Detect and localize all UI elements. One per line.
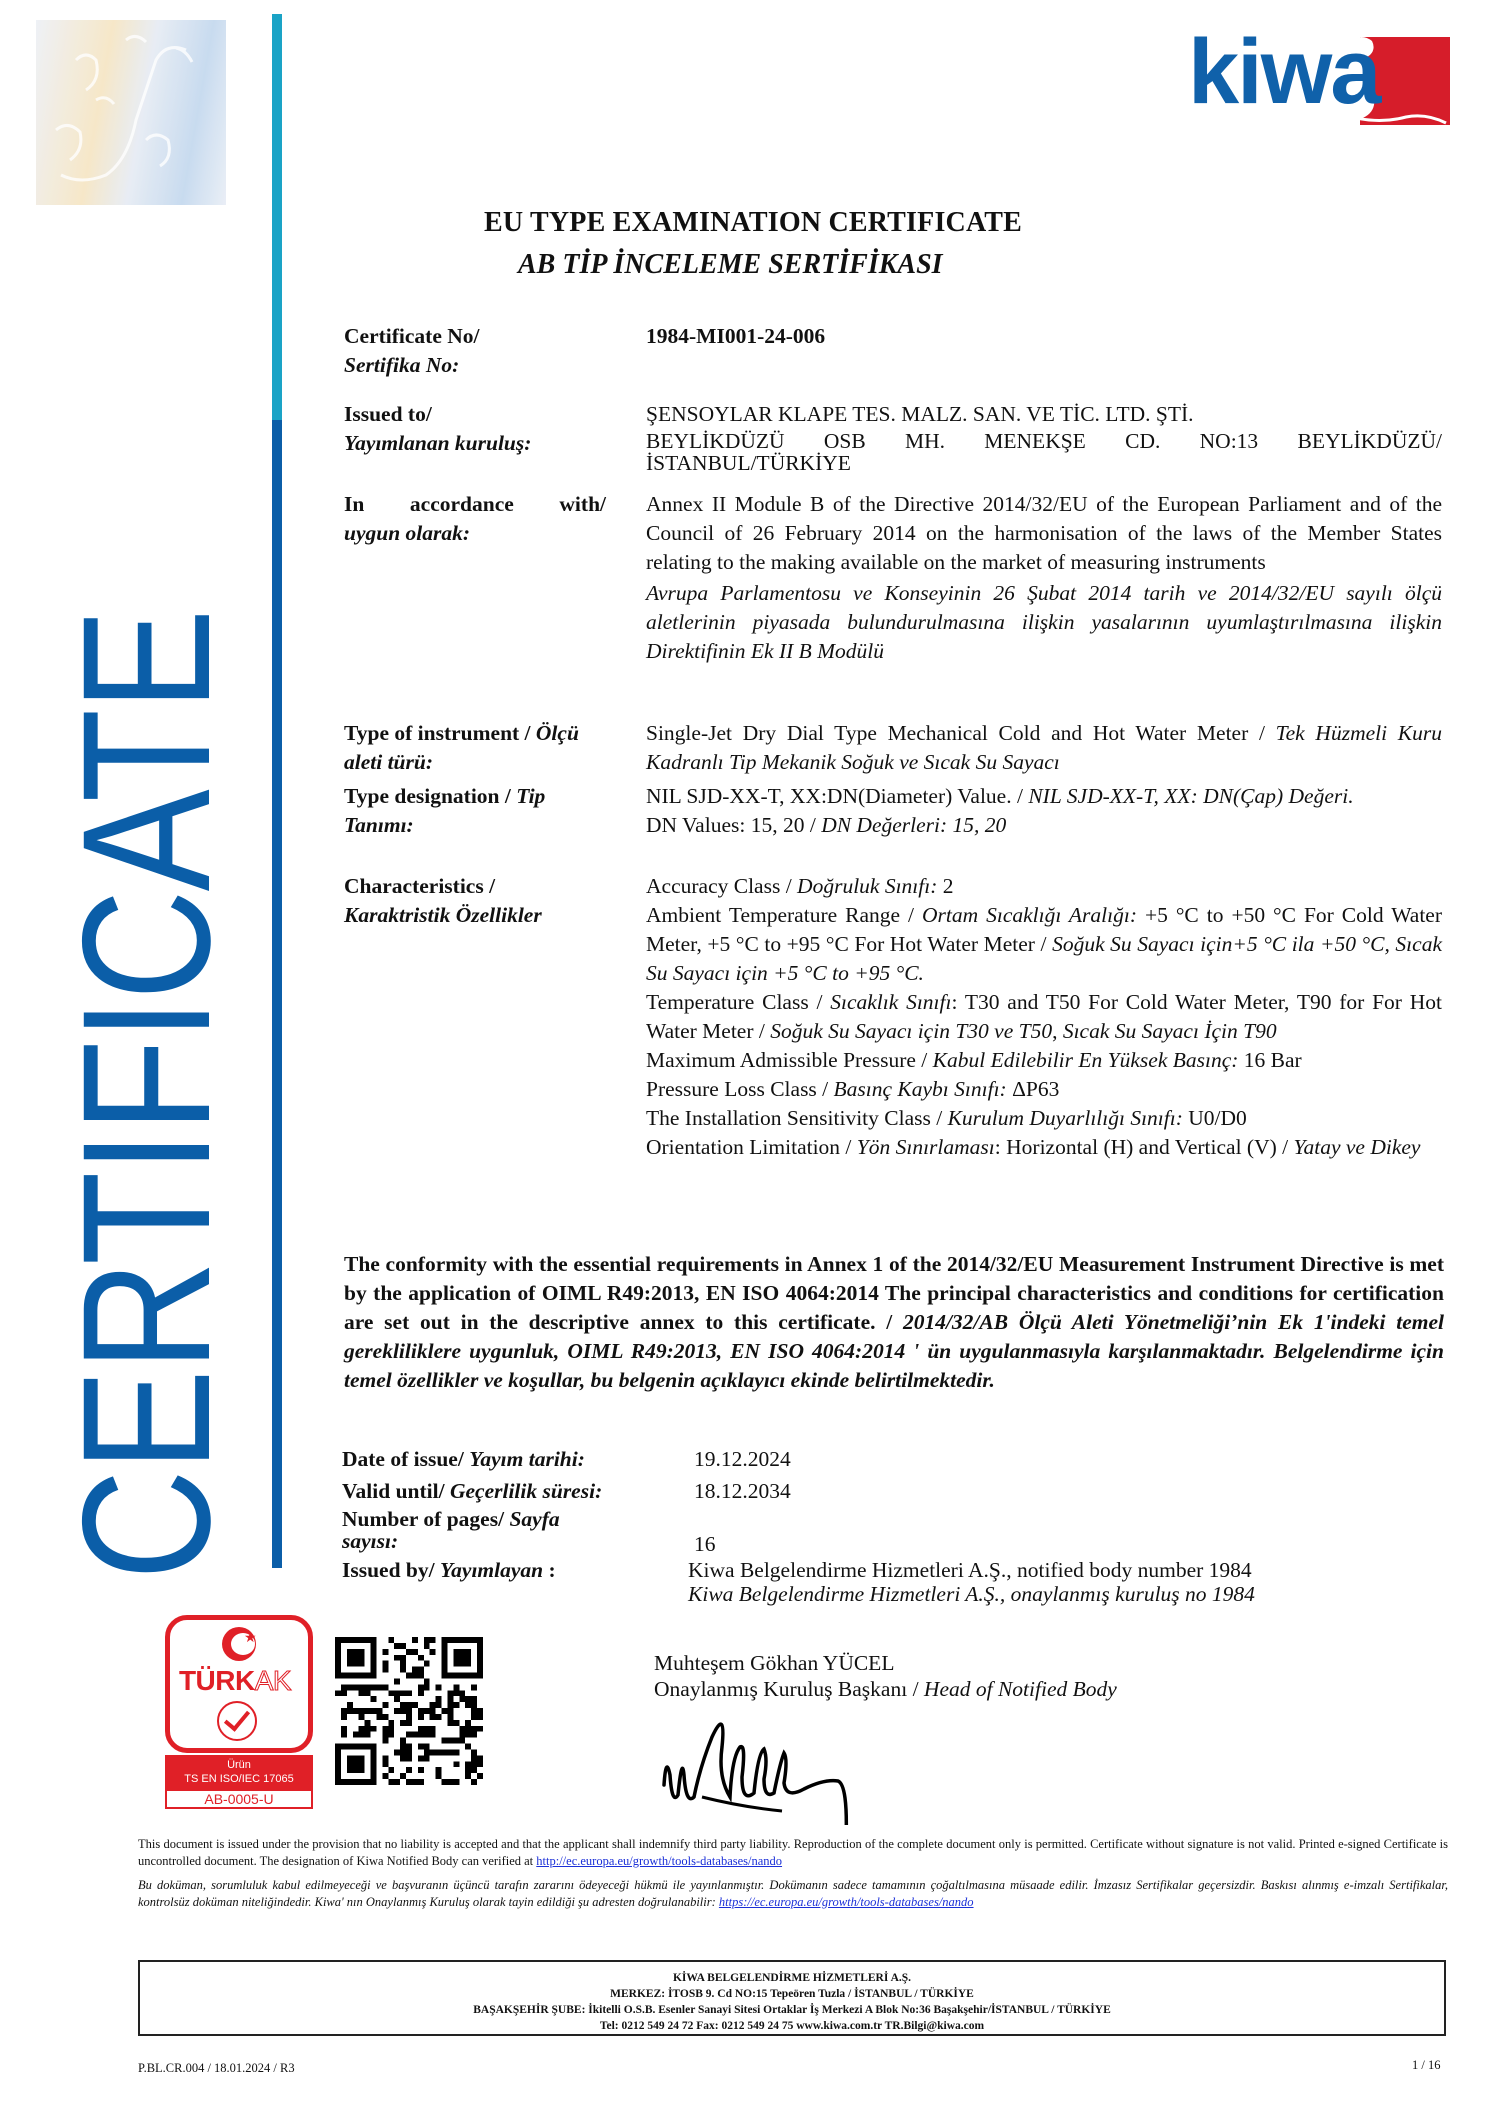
signatory-title-tr: Onaylanmış Kuruluş Başkanı / [654,1677,924,1701]
certificate-no-value: 1984-MI001-24-006 [646,322,1442,351]
dn-values-tr: DN Değerleri: 15, 20 [821,813,1006,837]
characteristic-value-tr: Yatay ve Dikey [1294,1135,1421,1159]
vertical-certificate-banner: CERTIFICATE [55,610,237,1580]
signatory-title: Onaylanmış Kuruluş Başkanı / Head of Not… [654,1676,1117,1702]
characteristic-item-max-pressure: Maximum Admissible Pressure / Kabul Edil… [646,1046,1442,1075]
turkak-accreditation-logo: ★ TÜRKAK Ürün TS EN ISO/IEC 17065 AB-000… [165,1615,315,1807]
issued-by-label-en: Issued by/ [342,1558,440,1582]
valid-until-value: 18.12.2034 [694,1477,1488,1506]
characteristic-tr: Kurulum Duyarlılığı Sınıfı: [948,1106,1189,1130]
type-designation-label: Type designation / Tip Tanımı: [344,782,612,840]
type-designation-value-tr: NIL SJD-XX-T, XX: DN(Çap) Değeri. [1028,784,1353,808]
issued-to-value: ŞENSOYLAR KLAPE TES. MALZ. SAN. VE TİC. … [646,400,1442,473]
page-number: 1 / 16 [1412,2058,1440,2073]
footer-company: KİWA BELGELENDİRME HİZMETLERİ A.Ş. [140,1970,1444,1986]
signatory-block: Muhteşem Gökhan YÜCEL Onaylanmış Kuruluş… [654,1650,1117,1702]
issued-to-label-en: Issued to/ [344,400,612,429]
handwritten-signature [650,1705,1030,1825]
instrument-type-row: Type of instrument / Ölçü aleti türü: Si… [344,719,1444,779]
characteristic-en: Temperature Class / [646,990,830,1014]
characteristic-tr: Basınç Kaybı Sınıfı: [834,1077,1013,1101]
type-designation-label-en: Type designation / [344,784,516,808]
issue-date-label-tr: Yayım tarihi: [469,1447,585,1471]
certificate-no-label-en: Certificate No/ [344,322,612,351]
characteristic-value: 16 Bar [1244,1048,1302,1072]
accordance-value: Annex II Module B of the Directive 2014/… [646,490,1442,666]
directive-text-tr: Avrupa Parlamentosu ve Konseyinin 26 Şub… [646,579,1442,666]
characteristic-item-orientation: Orientation Limitation / Yön Sınırlaması… [646,1133,1442,1162]
nando-link-tr[interactable]: https://ec.europa.eu/growth/tools-databa… [719,1895,974,1909]
star-icon: ★ [244,1632,257,1646]
turkak-wordmark: TÜRKAK [165,1665,305,1697]
turkak-word-1: TÜRK [179,1665,255,1696]
characteristic-item-temp-class: Temperature Class / Sıcaklık Sınıfı: T30… [646,988,1442,1046]
accordance-label-en: In accordance with/ [344,490,606,519]
beaver-pattern-icon [36,20,226,205]
issued-by-label: Issued by/ Yayımlayan : [342,1558,642,1582]
issued-by-value-en: Kiwa Belgelendirme Hizmetleri A.Ş., noti… [688,1558,1488,1582]
instrument-type-value-en: Single-Jet Dry Dial Type Mechanical Cold… [646,721,1276,745]
certificate-no-label: Certificate No/ Sertifika No: [344,322,612,380]
characteristic-item-installation-sensitivity: The Installation Sensitivity Class / Kur… [646,1104,1442,1133]
kiwa-logo: kiwa [1188,32,1450,136]
issued-by-value-tr: Kiwa Belgelendirme Hizmetleri A.Ş., onay… [688,1582,1488,1606]
form-code: P.BL.CR.004 / 18.01.2024 / R3 [138,2061,295,2076]
signatory-name: Muhteşem Gökhan YÜCEL [654,1650,1117,1676]
qr-code[interactable] [335,1637,483,1785]
characteristic-value-tr: Soğuk Su Sayacı için T30 ve T50 [770,1019,1052,1043]
issued-by-label-tr: Yayımlayan [440,1558,543,1582]
valid-until-label-en: Valid until/ [342,1479,450,1503]
signatory-title-en: Head of Notified Body [924,1677,1117,1701]
issued-to-label-tr: Yayımlanan kuruluş: [344,431,531,455]
characteristic-item-pressure-loss: Pressure Loss Class / Basınç Kaybı Sınıf… [646,1075,1442,1104]
company-name: ŞENSOYLAR KLAPE TES. MALZ. SAN. VE TİC. … [646,400,1442,429]
turkak-standard-band: Ürün TS EN ISO/IEC 17065 [165,1755,313,1789]
certificate-no-row: Certificate No/ Sertifika No: 1984-MI001… [344,322,1444,382]
pages-value: 16 [694,1530,1488,1559]
turkak-standard: TS EN ISO/IEC 17065 [165,1772,313,1786]
turkak-scope: Ürün [165,1758,313,1772]
characteristics-label: Characteristics / Karaktristik Özellikle… [344,872,612,930]
characteristic-en: The Installation Sensitivity Class / [646,1106,948,1130]
characteristics-label-tr: Karaktristik Özellikler [344,903,542,927]
characteristic-en: Maximum Admissible Pressure / [646,1048,933,1072]
characteristics-label-en: Characteristics / [344,872,612,901]
characteristic-value: ΔP63 [1012,1077,1059,1101]
issued-to-label: Issued to/ Yayımlanan kuruluş: [344,400,612,458]
characteristic-value: : Horizontal (H) and Vertical (V) / [995,1135,1294,1159]
type-designation-value-en: NIL SJD-XX-T, XX:DN(Diameter) Value. / [646,784,1028,808]
dn-values-en: DN Values: 15, 20 / [646,813,821,837]
valid-until-label-tr: Geçerlilik süresi: [450,1479,602,1503]
issue-date-label-en: Date of issue/ [342,1447,469,1471]
characteristics-row: Characteristics / Karaktristik Özellikle… [344,872,1444,1232]
characteristic-value-tr2: Sıcak Su Sayacı İçin T90 [1063,1019,1277,1043]
accordance-label: In accordance with/ uygun olarak: [344,490,612,548]
conformity-statement: The conformity with the essential requir… [344,1250,1444,1395]
characteristic-tr: Ortam Sıcaklığı Aralığı: [922,903,1145,927]
directive-text-en: Annex II Module B of the Directive 2014/… [646,490,1442,577]
accordance-row: In accordance with/ uygun olarak: Annex … [344,490,1444,700]
company-address-line2: İSTANBUL/TÜRKİYE [646,453,1442,473]
pages-label: Number of pages/ Sayfa sayısı: [342,1508,612,1552]
footer-contact: Tel: 0212 549 24 72 Fax: 0212 549 24 75 … [140,2018,1444,2034]
characteristic-en: Pressure Loss Class / [646,1077,834,1101]
instrument-type-label: Type of instrument / Ölçü aleti türü: [344,719,612,777]
decorative-vertical-line-bottom [272,420,282,1568]
disclaimer-tr: Bu doküman, sorumluluk kabul edilmeyeceğ… [138,1877,1448,1911]
characteristic-tr: Sıcaklık Sınıfı [830,990,951,1014]
certificate-title-en: EU TYPE EXAMINATION CERTIFICATE [0,207,1488,239]
characteristic-tr: Yön Sınırlaması [857,1135,995,1159]
decorative-beaver-pattern [36,20,226,205]
characteristic-item-ambient-temp: Ambient Temperature Range / Ortam Sıcakl… [646,901,1442,988]
instrument-type-label-en: Type of instrument / [344,721,536,745]
turkak-accreditation-code: AB-0005-U [165,1789,313,1809]
checkmark-icon [217,1701,257,1741]
footer-branch-address: BAŞAKŞEHİR ŞUBE: İkitelli O.S.B. Esenler… [140,2002,1444,2018]
issued-by-value: Kiwa Belgelendirme Hizmetleri A.Ş., noti… [688,1558,1488,1606]
disclaimer-en: This document is issued under the provis… [138,1836,1448,1870]
type-designation-row: Type designation / Tip Tanımı: NIL SJD-X… [344,782,1444,872]
valid-until-label: Valid until/ Geçerlilik süresi: [342,1477,642,1506]
type-designation-value: NIL SJD-XX-T, XX:DN(Diameter) Value. / N… [646,782,1442,840]
nando-link-en[interactable]: http://ec.europa.eu/growth/tools-databas… [536,1854,782,1868]
certificate-title-tr: AB TİP İNCELEME SERTİFİKASI [518,249,943,281]
characteristic-tr: Doğruluk Sınıfı: [797,874,943,898]
pages-label-en: Number of pages/ [342,1507,509,1531]
characteristic-tr: Kabul Edilebilir En Yüksek Basınç: [933,1048,1244,1072]
certificate-no-label-tr: Sertifika No: [344,353,459,377]
issued-to-row: Issued to/ Yayımlanan kuruluş: ŞENSOYLAR… [344,400,1444,490]
characteristic-en: Orientation Limitation / [646,1135,857,1159]
instrument-type-value: Single-Jet Dry Dial Type Mechanical Cold… [646,719,1442,777]
issue-date-value: 19.12.2024 [694,1445,1488,1474]
accordance-label-tr: uygun olarak: [344,521,470,545]
characteristic-value: U0/D0 [1188,1106,1247,1130]
characteristic-en: Accuracy Class / [646,874,797,898]
characteristic-value: 2 [943,874,954,898]
issue-date-label: Date of issue/ Yayım tarihi: [342,1445,642,1474]
characteristic-en: Ambient Temperature Range / [646,903,922,927]
turkak-word-2: AK [255,1665,291,1696]
characteristics-list: Accuracy Class / Doğruluk Sınıfı: 2 Ambi… [646,872,1442,1162]
characteristic-item-accuracy: Accuracy Class / Doğruluk Sınıfı: 2 [646,872,1442,901]
kiwa-logo-text: kiwa [1188,26,1379,118]
footer-hq-address: MERKEZ: İTOSB 9. Cd NO:15 Tepeören Tuzla… [140,1986,1444,2002]
company-address-line1: BEYLİKDÜZÜ OSB MH. MENEKŞE CD. NO:13 BEY… [646,429,1442,453]
characteristic-separator: , [1052,1019,1063,1043]
disclaimer-en-text: This document is issued under the provis… [138,1837,1448,1868]
footer-address-box: KİWA BELGELENDİRME HİZMETLERİ A.Ş. MERKE… [138,1960,1446,2036]
issued-by-label-suffix: : [543,1558,556,1582]
